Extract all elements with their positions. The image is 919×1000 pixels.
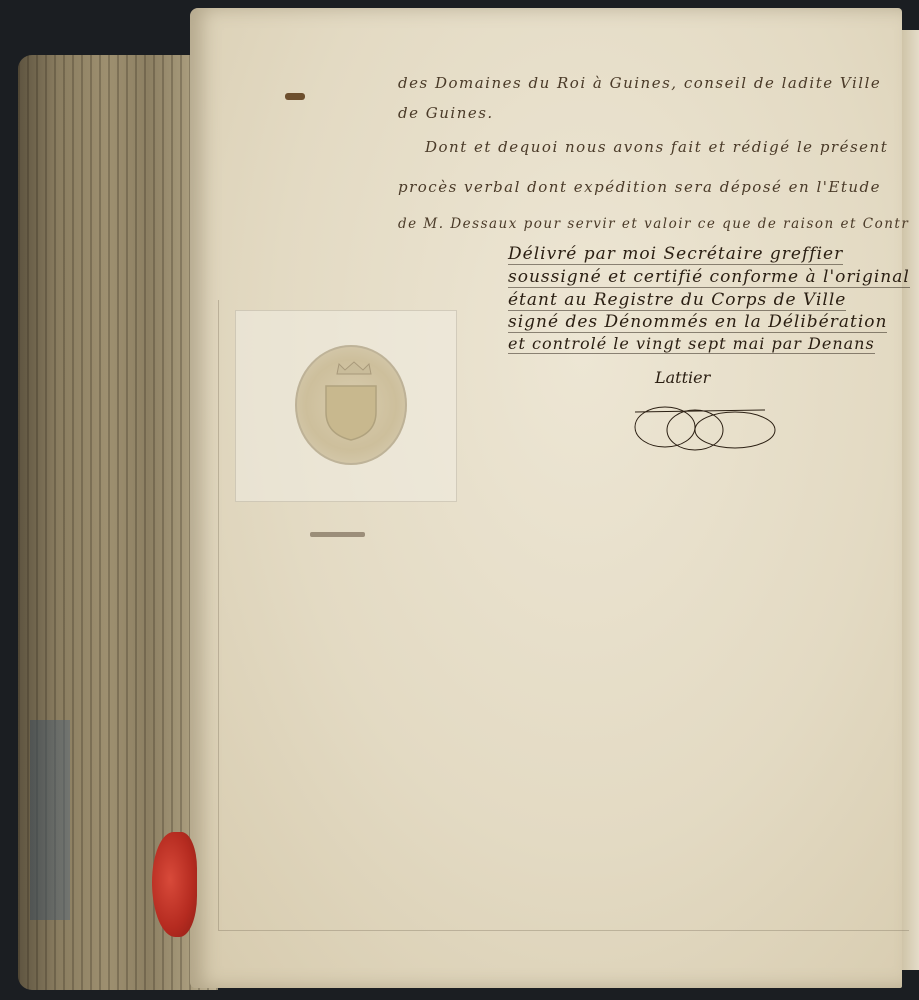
certification-line-2: soussigné et certifié conforme à l'origi… <box>508 267 910 288</box>
body-line-2: de Guines. <box>398 104 494 122</box>
ink-mark <box>310 532 365 537</box>
certification-line-1: Délivré par moi Secrétaire greffier <box>508 244 843 265</box>
body-line-3: Dont et dequoi nous avons fait et rédigé… <box>425 138 888 156</box>
certification-line-5: et controlé le vingt sept mai par Denans <box>508 334 875 354</box>
body-line-5: de M. Dessaux pour servir et valoir ce q… <box>398 216 909 232</box>
ink-stain <box>285 93 305 100</box>
coat-of-arms-icon <box>320 382 382 444</box>
certification-line-3: étant au Registre du Corps de Ville <box>508 290 846 311</box>
body-line-4: procès verbal dont expédition sera dépos… <box>398 178 881 196</box>
red-wax-seal <box>152 832 197 937</box>
signature: Lattier <box>655 368 710 387</box>
signature-paraph-flourish <box>630 392 780 452</box>
crown-icon <box>335 360 373 376</box>
certification-line-4: signé des Dénommés en la Délibération <box>508 312 887 333</box>
body-line-1: des Domaines du Roi à Guines, conseil de… <box>398 74 881 92</box>
spine-fabric <box>30 720 70 920</box>
